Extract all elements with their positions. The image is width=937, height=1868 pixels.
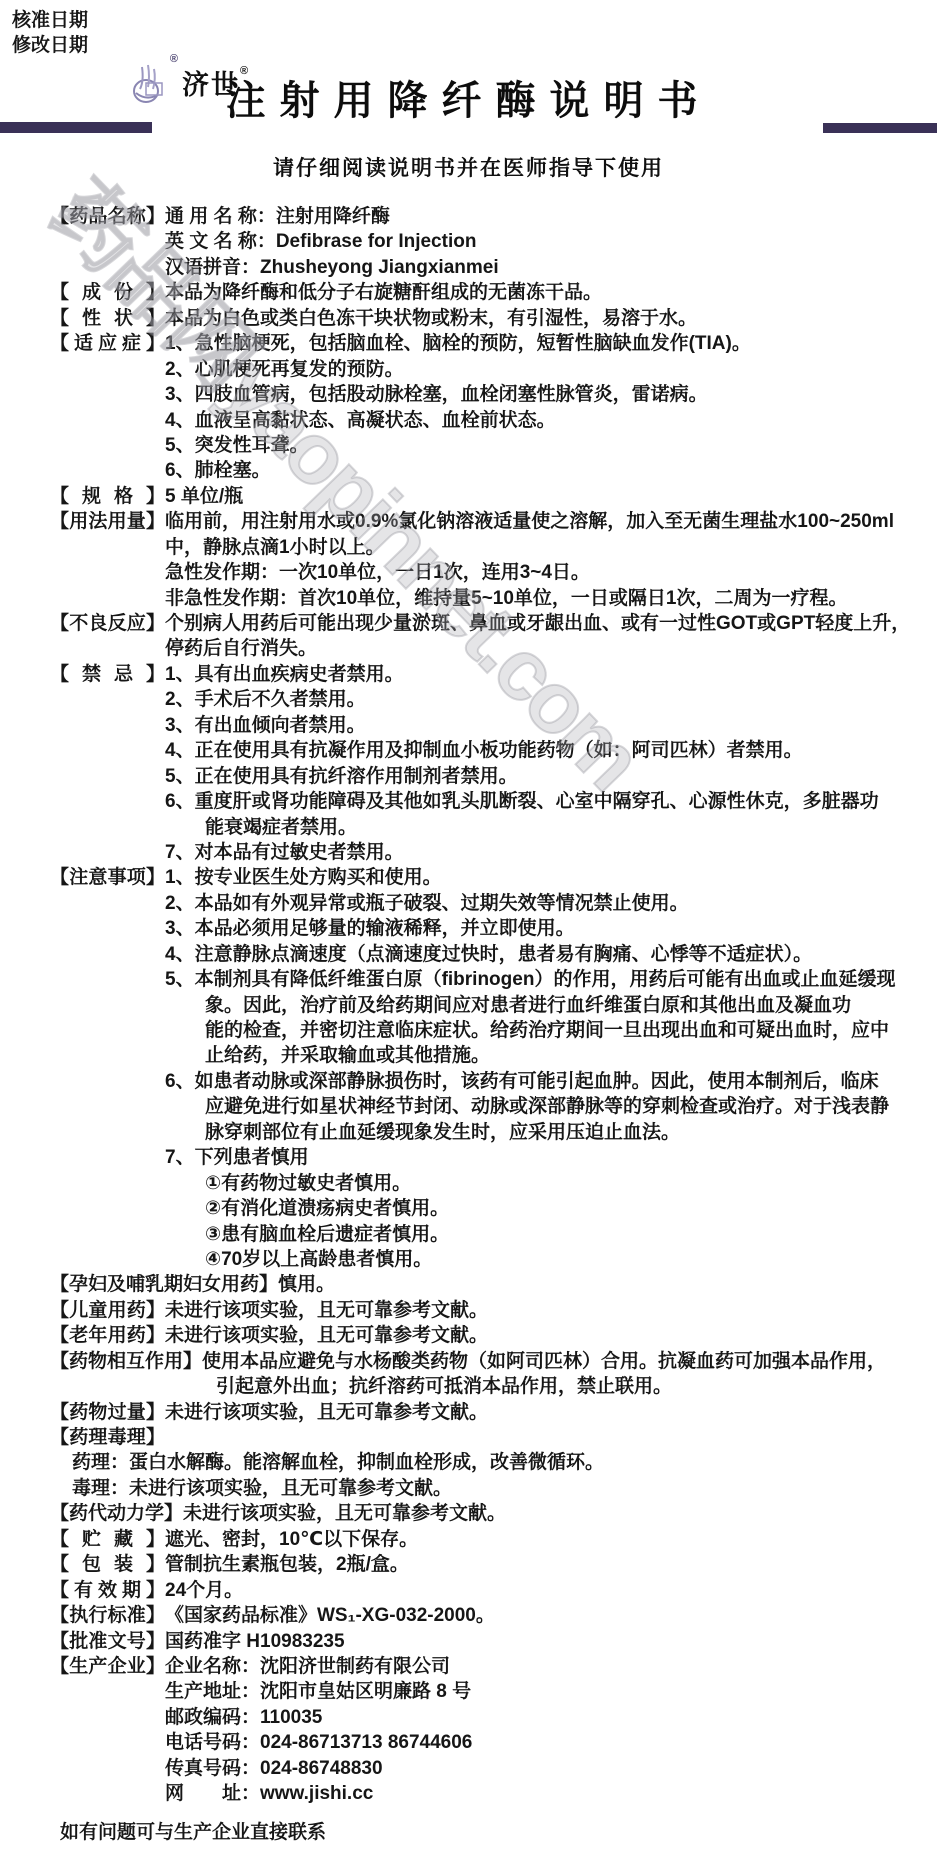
document-body: 【药品名称】通 用 名 称：注射用降纤酶英 文 名 称：Defibrase fo…: [0, 204, 937, 1807]
line-text: 2、本品如有外观异常或瓶子破裂、过期失效等情况禁止使用。: [165, 893, 689, 914]
indent-spacer: [50, 1069, 165, 1070]
line-text: 电话号码：024-86713713 86744606: [165, 1732, 472, 1753]
registered-mark-icon: ®: [240, 65, 250, 77]
doc-line: 4、正在使用具有抗凝作用及抑制血小板功能药物（如：阿司匹林）者禁用。: [0, 738, 937, 763]
line-text: 能的检查，并密切注意临床症状。给药治疗期间一旦出现出血和可疑出血时，应中: [205, 1020, 889, 1041]
doc-line: 毒理：未进行该项实验，且无可靠参考文献。: [0, 1476, 937, 1501]
line-text: 使用本品应避免与水杨酸类药物（如阿司匹林）合用。抗凝血药可加强本品作用，: [202, 1351, 886, 1372]
section-label: 【适应症】: [50, 331, 165, 356]
line-text: 网 址：www.jishi.cc: [165, 1783, 373, 1804]
doc-line: 【药理毒理】: [0, 1425, 937, 1450]
indent-spacer: [50, 560, 165, 561]
indent-spacer: [50, 891, 165, 892]
indent-spacer: [50, 229, 165, 230]
doc-line: 【儿童用药】未进行该项实验，且无可靠参考文献。: [0, 1298, 937, 1323]
revision-date-label: 修改日期: [12, 33, 88, 58]
doc-line: 2、手术后不久者禁用。: [0, 687, 937, 712]
line-text: 企业名称：沈阳济世制药有限公司: [165, 1656, 450, 1677]
indent-spacer: [50, 967, 165, 968]
doc-line: 止给药，并采取输血或其他措施。: [0, 1043, 937, 1068]
doc-line: 非急性发作期：首次10单位，维持量5~10单位，一日或隔日1次，二周为一疗程。: [0, 586, 937, 611]
line-text: 毒理：未进行该项实验，且无可靠参考文献。: [72, 1478, 452, 1499]
indent-spacer: [50, 1756, 165, 1757]
section-label: 【成份】: [50, 280, 165, 305]
indent-spacer: [50, 1196, 205, 1197]
drug-leaflet-page: 核准日期 修改日期 ® 济世® 注射用降纤酶说明书 请仔细阅读说明书并在医师指导…: [0, 0, 937, 1868]
section-label: 【包装】: [50, 1552, 165, 1577]
line-text: 引起意外出血；抗纤溶药可抵消本品作用，禁止联用。: [216, 1376, 672, 1397]
line-text: 药理：蛋白水解酶。能溶解血栓，抑制血栓形成，改善微循环。: [72, 1452, 604, 1473]
doc-line: 引起意外出血；抗纤溶药可抵消本品作用，禁止联用。: [0, 1374, 937, 1399]
indent-spacer: [50, 993, 205, 994]
doc-line: 英 文 名 称：Defibrase for Injection: [0, 229, 937, 254]
title-rule-left: [0, 122, 152, 133]
indent-spacer: [50, 636, 165, 637]
indent-spacer: [50, 382, 165, 383]
section-label: 【批准文号】: [50, 1629, 165, 1654]
doc-line: 网 址：www.jishi.cc: [0, 1781, 937, 1806]
doc-line: 4、注意静脉点滴速度（点滴速度过快时，患者易有胸痛、心悸等不适症状）。: [0, 942, 937, 967]
usage-advisory: 请仔细阅读说明书并在医师指导下使用: [0, 152, 937, 182]
doc-line: 应避免进行如星状神经节封闭、动脉或深部静脉等的穿刺检查或治疗。对于浅表静: [0, 1094, 937, 1119]
line-text: 7、对本品有过敏史者禁用。: [165, 842, 404, 863]
indent-spacer: [50, 916, 165, 917]
indent-spacer: [50, 1450, 72, 1451]
line-text: 5、本制剂具有降低纤维蛋白原（fibrinogen）的作用，用药后可能有出血或止…: [165, 969, 895, 990]
doc-line: ④70岁以上高龄患者慎用。: [0, 1247, 937, 1272]
line-text: 生产地址：沈阳市皇姑区明廉路 8 号: [165, 1681, 471, 1702]
doc-line: 【执行标准】《国家药品标准》WS₁-XG-032-2000。: [0, 1603, 937, 1628]
doc-line: 7、对本品有过敏史者禁用。: [0, 840, 937, 865]
line-text: 止给药，并采取输血或其他措施。: [205, 1045, 490, 1066]
indent-spacer: [50, 815, 205, 816]
doc-line: 电话号码：024-86713713 86744606: [0, 1730, 937, 1755]
doc-line: 传真号码：024-86748830: [0, 1756, 937, 1781]
doc-line: 邮政编码：110035: [0, 1705, 937, 1730]
doc-line: 【批准文号】国药准字 H10983235: [0, 1629, 937, 1654]
indent-spacer: [50, 255, 165, 256]
doc-line: 3、本品必须用足够量的输液稀释，并立即使用。: [0, 916, 937, 941]
section-label: 【药物相互作用】: [50, 1349, 202, 1374]
line-text: 个别病人用药后可能出现少量淤斑、鼻血或牙龈出血、或有一过性GOT或GPT轻度上升…: [165, 613, 910, 634]
line-text: 6、肺栓塞。: [165, 460, 271, 481]
line-text: 非急性发作期：首次10单位，维持量5~10单位，一日或隔日1次，二周为一疗程。: [165, 588, 848, 609]
line-text: 国药准字 H10983235: [165, 1631, 345, 1652]
doc-line: ②有消化道溃疡病史者慎用。: [0, 1196, 937, 1221]
indent-spacer: [50, 1145, 165, 1146]
section-label: 【老年用药】: [50, 1323, 165, 1348]
line-text: 未进行该项实验，且无可靠参考文献。: [165, 1402, 488, 1423]
indent-spacer: [50, 789, 165, 790]
indent-spacer: [50, 458, 165, 459]
doc-line: ①有药物过敏史者慎用。: [0, 1171, 937, 1196]
line-text: 汉语拼音：Zhusheyong Jiangxianmei: [165, 257, 499, 278]
doc-line: 【包装】管制抗生素瓶包装，2瓶/盒。: [0, 1552, 937, 1577]
indent-spacer: [50, 1781, 165, 1782]
indent-spacer: [50, 433, 165, 434]
line-text: 本品为降纤酶和低分子右旋糖酐组成的无菌冻干品。: [165, 282, 602, 303]
indent-spacer: [50, 1120, 205, 1121]
line-text: 未进行该项实验，且无可靠参考文献。: [183, 1503, 506, 1524]
doc-line: 5、本制剂具有降低纤维蛋白原（fibrinogen）的作用，用药后可能有出血或止…: [0, 967, 937, 992]
section-label: 【药品名称】: [50, 204, 165, 229]
section-label: 【贮藏】: [50, 1527, 165, 1552]
indent-spacer: [50, 1094, 205, 1095]
line-text: ②有消化道溃疡病史者慎用。: [205, 1198, 449, 1219]
doc-line: 【贮藏】遮光、密封，10℃以下保存。: [0, 1527, 937, 1552]
line-text: 急性发作期：一次10单位，一日1次，连用3~4日。: [165, 562, 590, 583]
line-text: 未进行该项实验，且无可靠参考文献。: [165, 1300, 488, 1321]
doc-line: 6、如患者动脉或深部静脉损伤时，该药有可能引起血肿。因此，使用本制剂后，临床: [0, 1069, 937, 1094]
registered-mark-icon: ®: [170, 53, 178, 65]
indent-spacer: [50, 687, 165, 688]
line-text: 遮光、密封，10℃以下保存。: [165, 1529, 418, 1550]
indent-spacer: [50, 1247, 205, 1248]
doc-line: 【适应症】1、急性脑梗死，包括脑血栓、脑栓的预防，短暂性脑缺血发作(TIA)。: [0, 331, 937, 356]
indent-spacer: [50, 1171, 205, 1172]
doc-line: 3、四肢血管病，包括股动脉栓塞，血栓闭塞性脉管炎，雷诺病。: [0, 382, 937, 407]
doc-line: 【禁忌】1、具有出血疾病史者禁用。: [0, 662, 937, 687]
line-text: 未进行该项实验，且无可靠参考文献。: [165, 1325, 488, 1346]
indent-spacer: [50, 408, 165, 409]
line-text: 能衰竭症者禁用。: [205, 817, 357, 838]
indent-spacer: [50, 764, 165, 765]
line-text: 3、本品必须用足够量的输液稀释，并立即使用。: [165, 918, 575, 939]
indent-spacer: [50, 535, 165, 536]
indent-spacer: [50, 1705, 165, 1706]
line-text: 24个月。: [165, 1580, 243, 1601]
line-text: 1、具有出血疾病史者禁用。: [165, 664, 404, 685]
line-text: 本品为白色或类白色冻干块状物或粉末，有引湿性，易溶于水。: [165, 308, 697, 329]
line-text: 《国家药品标准》WS₁-XG-032-2000。: [165, 1605, 495, 1626]
doc-line: 急性发作期：一次10单位，一日1次，连用3~4日。: [0, 560, 937, 585]
line-text: 邮政编码：110035: [165, 1707, 322, 1728]
doc-line: 【成份】本品为降纤酶和低分子右旋糖酐组成的无菌冻干品。: [0, 280, 937, 305]
line-text: 4、正在使用具有抗凝作用及抑制血小板功能药物（如：阿司匹林）者禁用。: [165, 740, 803, 761]
doc-line: 象。因此，治疗前及给药期间应对患者进行血纤维蛋白原和其他出血及凝血功: [0, 993, 937, 1018]
section-label: 【药理毒理】: [50, 1425, 165, 1450]
indent-spacer: [50, 713, 165, 714]
doc-line: 5、正在使用具有抗纤溶作用制剂者禁用。: [0, 764, 937, 789]
indent-spacer: [50, 586, 165, 587]
section-label: 【孕妇及哺乳期妇女用药】: [50, 1272, 278, 1297]
section-label: 【执行标准】: [50, 1603, 165, 1628]
line-text: 4、血液呈高黏状态、高凝状态、血栓前状态。: [165, 410, 556, 431]
doc-line: 【药代动力学】未进行该项实验，且无可靠参考文献。: [0, 1501, 937, 1526]
section-label: 【性状】: [50, 306, 165, 331]
indent-spacer: [50, 357, 165, 358]
doc-line: 6、肺栓塞。: [0, 458, 937, 483]
doc-line: 停药后自行消失。: [0, 636, 937, 661]
doc-line: 【生产企业】企业名称：沈阳济世制药有限公司: [0, 1654, 937, 1679]
line-text: 1、急性脑梗死，包括脑血栓、脑栓的预防，短暂性脑缺血发作(TIA)。: [165, 333, 751, 354]
section-label: 【生产企业】: [50, 1654, 165, 1679]
doc-line: 能的检查，并密切注意临床症状。给药治疗期间一旦出现出血和可疑出血时，应中: [0, 1018, 937, 1043]
doc-line: 药理：蛋白水解酶。能溶解血栓，抑制血栓形成，改善微循环。: [0, 1450, 937, 1475]
section-label: 【规格】: [50, 484, 165, 509]
page-title: 注射用降纤酶说明书: [0, 76, 937, 126]
line-text: 传真号码：024-86748830: [165, 1758, 383, 1779]
line-text: ③患有脑血栓后遗症者慎用。: [205, 1224, 449, 1245]
indent-spacer: [50, 738, 165, 739]
doc-line: 汉语拼音：Zhusheyong Jiangxianmei: [0, 255, 937, 280]
approval-date-label: 核准日期: [12, 8, 88, 33]
line-text: ①有药物过敏史者慎用。: [205, 1173, 411, 1194]
line-text: 中，静脉点滴1小时以上。: [165, 537, 385, 558]
doc-line: 【有效期】24个月。: [0, 1578, 937, 1603]
line-text: 管制抗生素瓶包装，2瓶/盒。: [165, 1554, 409, 1575]
doc-line: 6、重度肝或肾功能障碍及其他如乳头肌断裂、心室中隔穿孔、心源性休克，多脏器功: [0, 789, 937, 814]
footer-note: 如有问题可与生产企业直接联系: [0, 1820, 937, 1845]
corner-dates: 核准日期 修改日期: [12, 8, 88, 58]
section-label: 【禁忌】: [50, 662, 165, 687]
line-text: ④70岁以上高龄患者慎用。: [205, 1249, 432, 1270]
line-text: 1、按专业医生处方购买和使用。: [165, 867, 442, 888]
indent-spacer: [50, 1043, 205, 1044]
line-text: 应避免进行如星状神经节封闭、动脉或深部静脉等的穿刺检查或治疗。对于浅表静: [205, 1096, 889, 1117]
doc-line: 【药物相互作用】使用本品应避免与水杨酸类药物（如阿司匹林）合用。抗凝血药可加强本…: [0, 1349, 937, 1374]
section-label: 【注意事项】: [50, 865, 165, 890]
line-text: 6、如患者动脉或深部静脉损伤时，该药有可能引起血肿。因此，使用本制剂后，临床: [165, 1071, 879, 1092]
section-label: 【儿童用药】: [50, 1298, 165, 1323]
doc-line: 能衰竭症者禁用。: [0, 815, 937, 840]
indent-spacer: [50, 840, 165, 841]
doc-line: 【注意事项】1、按专业医生处方购买和使用。: [0, 865, 937, 890]
indent-spacer: [50, 1730, 165, 1731]
doc-line: 【药品名称】通 用 名 称：注射用降纤酶: [0, 204, 937, 229]
doc-line: 【药物过量】未进行该项实验，且无可靠参考文献。: [0, 1400, 937, 1425]
line-text: 3、有出血倾向者禁用。: [165, 715, 366, 736]
indent-spacer: [50, 1679, 165, 1680]
line-text: 5 单位/瓶: [165, 486, 243, 507]
line-text: 2、心肌梗死再复发的预防。: [165, 359, 404, 380]
section-label: 【药物过量】: [50, 1400, 165, 1425]
doc-line: 脉穿刺部位有止血延缓现象发生时，应采用压迫止血法。: [0, 1120, 937, 1145]
line-text: 通 用 名 称：注射用降纤酶: [165, 206, 390, 227]
doc-line: 【老年用药】未进行该项实验，且无可靠参考文献。: [0, 1323, 937, 1348]
doc-line: 中，静脉点滴1小时以上。: [0, 535, 937, 560]
line-text: 5、正在使用具有抗纤溶作用制剂者禁用。: [165, 766, 518, 787]
doc-line: 3、有出血倾向者禁用。: [0, 713, 937, 738]
doc-line: ③患有脑血栓后遗症者慎用。: [0, 1222, 937, 1247]
title-rule-right: [823, 123, 937, 133]
doc-line: 【用法用量】临用前，用注射用水或0.9%氯化钠溶液适量使之溶解，加入至无菌生理盐…: [0, 509, 937, 534]
indent-spacer: [50, 942, 165, 943]
doc-line: 4、血液呈高黏状态、高凝状态、血栓前状态。: [0, 408, 937, 433]
line-text: 英 文 名 称：Defibrase for Injection: [165, 231, 476, 252]
line-text: 5、突发性耳聋。: [165, 435, 309, 456]
line-text: 象。因此，治疗前及给药期间应对患者进行血纤维蛋白原和其他出血及凝血功: [205, 995, 851, 1016]
line-text: 停药后自行消失。: [165, 638, 317, 659]
section-label: 【用法用量】: [50, 509, 165, 534]
doc-line: 2、心肌梗死再复发的预防。: [0, 357, 937, 382]
line-text: 7、下列患者慎用: [165, 1147, 309, 1168]
doc-line: 【规格】5 单位/瓶: [0, 484, 937, 509]
section-label: 【药代动力学】: [50, 1501, 183, 1526]
doc-line: 2、本品如有外观异常或瓶子破裂、过期失效等情况禁止使用。: [0, 891, 937, 916]
indent-spacer: [50, 1222, 205, 1223]
doc-line: 【不良反应】个别病人用药后可能出现少量淤斑、鼻血或牙龈出血、或有一过性GOT或G…: [0, 611, 937, 636]
footer-area: 如有问题可与生产企业直接联系: [0, 1806, 937, 1845]
line-text: 脉穿刺部位有止血延缓现象发生时，应采用压迫止血法。: [205, 1122, 680, 1143]
doc-line: 生产地址：沈阳市皇姑区明廉路 8 号: [0, 1679, 937, 1704]
line-text: 慎用。: [278, 1274, 335, 1295]
indent-spacer: [50, 1018, 205, 1019]
doc-line: 【孕妇及哺乳期妇女用药】慎用。: [0, 1272, 937, 1297]
doc-line: 7、下列患者慎用: [0, 1145, 937, 1170]
indent-spacer: [50, 1374, 216, 1375]
doc-line: 5、突发性耳聋。: [0, 433, 937, 458]
line-text: 临用前，用注射用水或0.9%氯化钠溶液适量使之溶解，加入至无菌生理盐水100~2…: [165, 511, 894, 532]
doc-line: 【性状】本品为白色或类白色冻干块状物或粉末，有引湿性，易溶于水。: [0, 306, 937, 331]
section-label: 【有效期】: [50, 1578, 165, 1603]
line-text: 3、四肢血管病，包括股动脉栓塞，血栓闭塞性脉管炎，雷诺病。: [165, 384, 708, 405]
section-label: 【不良反应】: [50, 611, 165, 636]
line-text: 2、手术后不久者禁用。: [165, 689, 366, 710]
line-text: 6、重度肝或肾功能障碍及其他如乳头肌断裂、心室中隔穿孔、心源性休克，多脏器功: [165, 791, 879, 812]
indent-spacer: [50, 1476, 72, 1477]
line-text: 4、注意静脉点滴速度（点滴速度过快时，患者易有胸痛、心悸等不适症状）。: [165, 944, 812, 965]
